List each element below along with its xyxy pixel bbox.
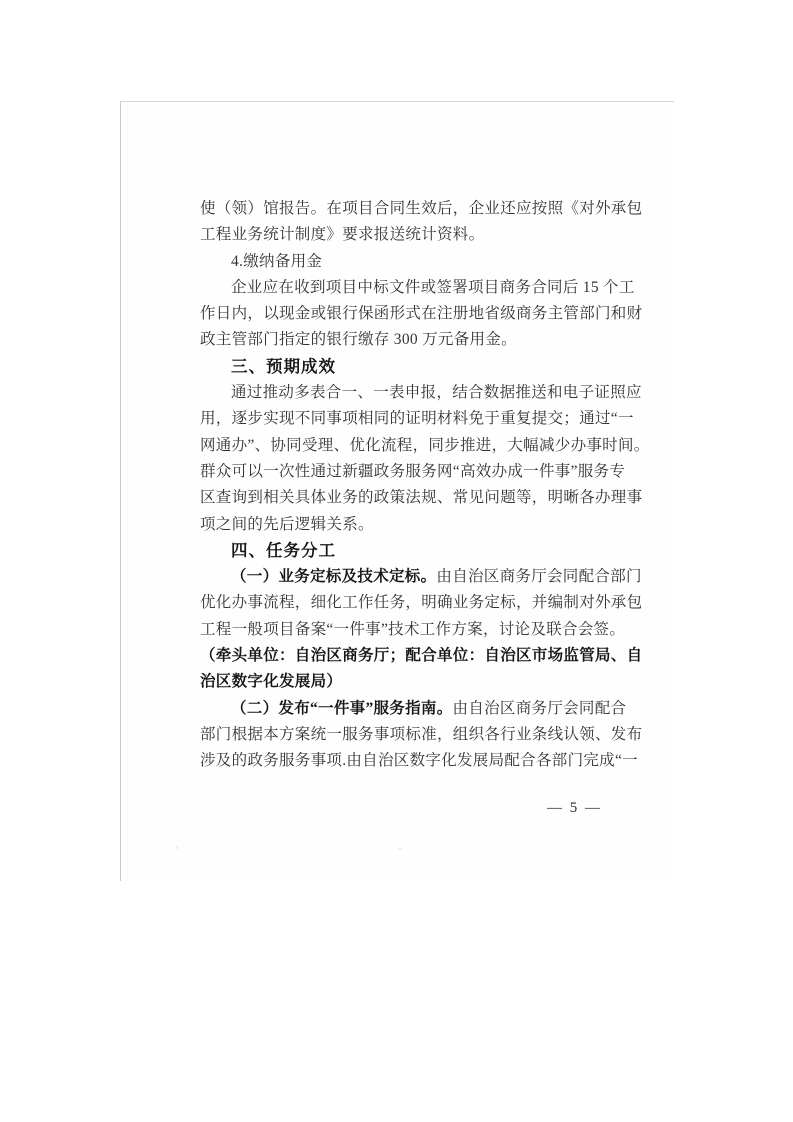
text-line: 工程一般项目备案“一件事”技术工作方案，讨论及联合会签。 xyxy=(200,617,624,643)
text-run: 使（领）馆报告。在项目合同生效后，企业还应按照《对外承包 xyxy=(200,200,642,217)
text-run: 用，逐步实现不同事项相同的证明材料免于重复提交；通过“一 xyxy=(200,410,634,427)
bold-text-run: （二）发布“一件事”服务指南。 xyxy=(231,700,453,717)
text-block: 使（领）馆报告。在项目合同生效后，企业还应按照《对外承包 工程业务统计制度》要求… xyxy=(200,196,624,775)
text-run: 项之间的先后逻辑关系。 xyxy=(200,516,374,533)
document-page: 使（领）馆报告。在项目合同生效后，企业还应按照《对外承包 工程业务统计制度》要求… xyxy=(120,101,674,881)
text-line: 政主管部门指定的银行缴存 300 万元备用金。 xyxy=(200,327,624,353)
text-line: 群众可以一次性通过新疆政务服务网“高效办成一件事”服务专 xyxy=(200,459,624,485)
scan-background: 使（领）馆报告。在项目合同生效后，企业还应按照《对外承包 工程业务统计制度》要求… xyxy=(0,0,793,1122)
section-heading: 三、预期成效 xyxy=(200,354,624,380)
page-number: — 5 — xyxy=(547,800,602,817)
text-line: 企业应在收到项目中标文件或签署项目商务合同后 15 个工 xyxy=(200,275,624,301)
text-run: 由自治区商务厅会同配合 xyxy=(453,700,627,717)
text-line: 涉及的政务服务事项.由自治区数字化发展局配合各部门完成“一 xyxy=(200,748,624,774)
text-run: 政主管部门指定的银行缴存 300 万元备用金。 xyxy=(200,331,517,348)
text-run: 工程业务统计制度》要求报送统计资料。 xyxy=(200,226,484,243)
text-line: 工程业务统计制度》要求报送统计资料。 xyxy=(200,222,624,248)
heading-text: 四、任务分工 xyxy=(231,542,336,560)
text-run: 工程一般项目备案“一件事”技术工作方案，讨论及联合会签。 xyxy=(200,621,625,638)
text-run: 区查询到相关具体业务的政策法规、常见问题等，明晰各办理事 xyxy=(200,489,642,506)
bold-text-run: （牵头单位：自治区商务厅；配合单位：自治区市场监管局、自 xyxy=(200,647,642,664)
text-run: 企业应在收到项目中标文件或签署项目商务合同后 15 个工 xyxy=(231,279,635,296)
text-line: 区查询到相关具体业务的政策法规、常见问题等，明晰各办理事 xyxy=(200,485,624,511)
text-line: 治区数字化发展局） xyxy=(200,669,624,695)
text-line: 项之间的先后逻辑关系。 xyxy=(200,512,624,538)
text-line: （牵头单位：自治区商务厅；配合单位：自治区市场监管局、自 xyxy=(200,643,624,669)
text-line: （二）发布“一件事”服务指南。由自治区商务厅会同配合 xyxy=(200,696,624,722)
text-run: 网通办”、协同受理、优化流程，同步推进，大幅减少办事时间。 xyxy=(200,437,650,454)
heading-text: 三、预期成效 xyxy=(231,358,336,376)
text-run: 由自治区商务厅会同配合部门 xyxy=(436,568,641,585)
section-heading: 四、任务分工 xyxy=(200,538,624,564)
text-run: 优化办事流程，细化工作任务，明确业务定标，并编制对外承包 xyxy=(200,594,642,611)
text-run: 作日内，以现金或银行保函形式在注册地省级商务主管部门和财 xyxy=(200,305,642,322)
text-line: 作日内，以现金或银行保函形式在注册地省级商务主管部门和财 xyxy=(200,301,624,327)
bold-text-run: （一）业务定标及技术定标。 xyxy=(231,568,436,585)
scan-speck xyxy=(398,847,402,850)
text-line: 网通办”、协同受理、优化流程，同步推进，大幅减少办事时间。 xyxy=(200,433,624,459)
text-line: 通过推动多表合一、一表申报，结合数据推送和电子证照应 xyxy=(200,380,624,406)
text-line: 4.缴纳备用金 xyxy=(200,249,624,275)
text-run: 群众可以一次性通过新疆政务服务网“高效办成一件事”服务专 xyxy=(200,463,625,480)
text-line: 优化办事流程，细化工作任务，明确业务定标，并编制对外承包 xyxy=(200,590,624,616)
bold-text-run: 治区数字化发展局） xyxy=(200,673,342,690)
text-run: 部门根据本方案统一服务事项标准，组织各行业条线认领、发布 xyxy=(200,726,642,743)
scan-speck xyxy=(175,846,179,849)
text-run: 4.缴纳备用金 xyxy=(231,253,322,270)
text-line: 用，逐步实现不同事项相同的证明材料免于重复提交；通过“一 xyxy=(200,406,624,432)
text-line: 使（领）馆报告。在项目合同生效后，企业还应按照《对外承包 xyxy=(200,196,624,222)
text-line: 部门根据本方案统一服务事项标准，组织各行业条线认领、发布 xyxy=(200,722,624,748)
text-run: 通过推动多表合一、一表申报，结合数据推送和电子证照应 xyxy=(231,384,642,401)
text-line: （一）业务定标及技术定标。由自治区商务厅会同配合部门 xyxy=(200,564,624,590)
text-run: 涉及的政务服务事项.由自治区数字化发展局配合各部门完成“一 xyxy=(200,752,638,769)
